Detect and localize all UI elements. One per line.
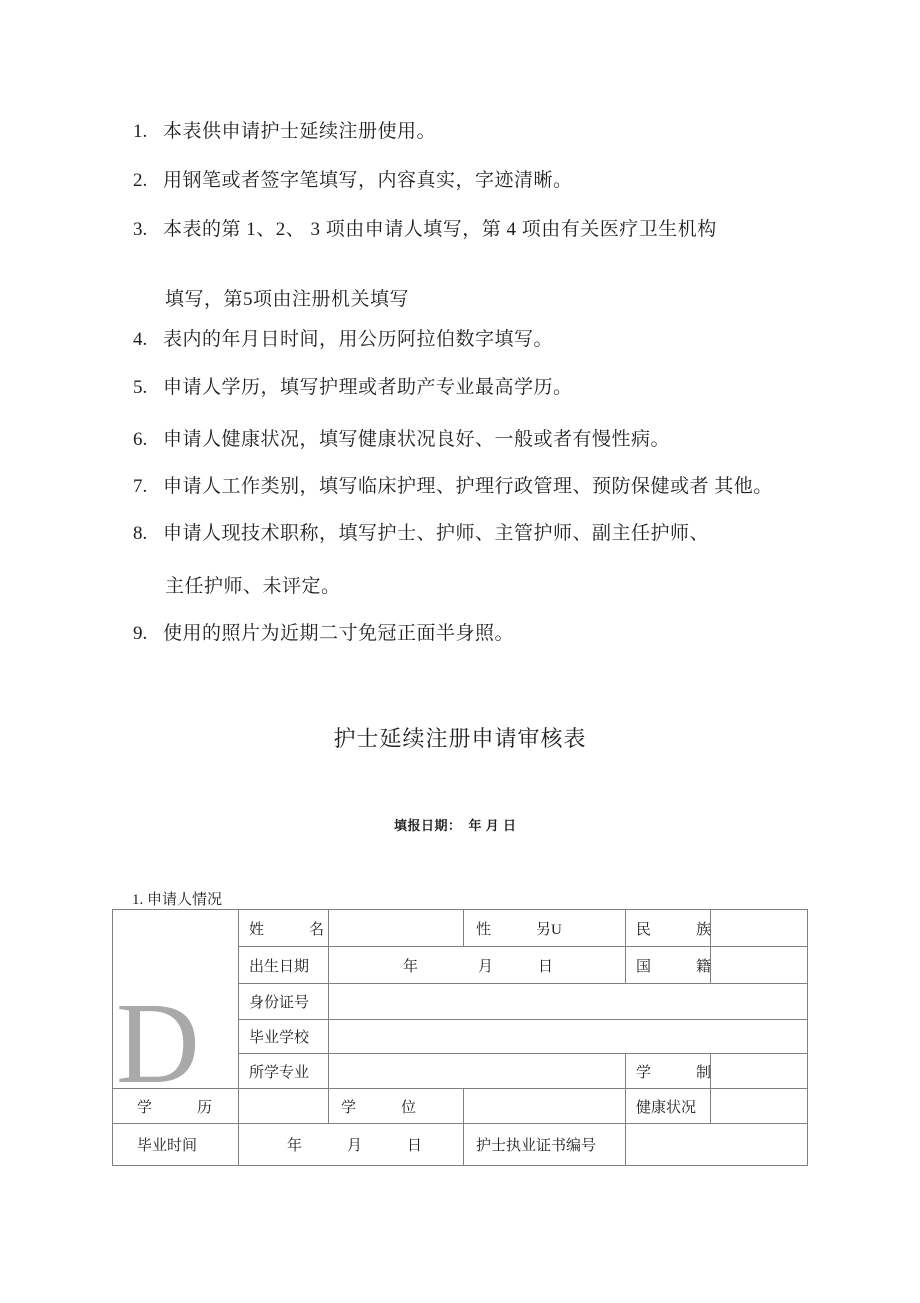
photo-cell: [113, 910, 239, 1089]
id-number-label: 身份证号: [239, 984, 329, 1020]
instruction-text: 表内的年月日时间，用公历阿拉伯数字填写。: [163, 329, 553, 350]
instruction-text: 本表供申请护士延续注册使用。: [163, 121, 436, 142]
health-status-label: 健康状况: [626, 1089, 711, 1124]
instruction-item-6: 6.申请人健康状况，填写健康状况良好、一般或者有慢性病。: [133, 427, 670, 453]
birth-date-label: 出生日期: [239, 947, 329, 984]
school-label: 毕业学校: [239, 1020, 329, 1054]
instruction-item-3-continuation: 填写，第5项由注册机关填写: [165, 287, 409, 313]
section1-heading: 1. 申请人情况: [132, 888, 222, 909]
instruction-number: 3.: [133, 217, 163, 243]
document-page: 1.本表供申请护士延续注册使用。 2.用钢笔或者签字笔填写，内容真实，字迹清晰。…: [0, 0, 920, 1303]
instruction-text: 申请人学历，填写护理或者助产专业最高学历。: [163, 377, 573, 398]
table-row: 学 历 学 位 健康状况: [113, 1089, 808, 1124]
sex-label: 性 另U: [464, 910, 626, 947]
certificate-number-value-cell: [626, 1124, 808, 1166]
table-row: 姓 名 性 另U 民 族: [113, 910, 808, 947]
instruction-item-3: 3.本表的第 1、2、 3 项由申请人填写，第 4 项由有关医疗卫生机构: [133, 217, 717, 243]
instruction-item-7: 7.申请人工作类别，填写临床护理、护理行政管理、预防保健或者 其他。: [133, 474, 773, 500]
birth-ymd-cell: 年 月 日: [329, 947, 626, 984]
instruction-number: 6.: [133, 427, 163, 453]
degree-label: 学 位: [329, 1089, 464, 1124]
instruction-text: 申请人现技术职称，填写护士、护师、主管护师、副主任护师、: [163, 523, 709, 544]
instruction-text: 主任护师、未评定。: [165, 576, 341, 597]
instruction-item-2: 2.用钢笔或者签字笔填写，内容真实，字迹清晰。: [133, 168, 573, 194]
instruction-text: 填写，第5项由注册机关填写: [165, 289, 409, 310]
instruction-item-1: 1.本表供申请护士延续注册使用。: [133, 119, 436, 145]
education-value-cell: [239, 1089, 329, 1124]
instruction-text: 申请人健康状况，填写健康状况良好、一般或者有慢性病。: [163, 429, 670, 450]
nationality-value-cell: [711, 947, 808, 984]
schooling-length-value-cell: [711, 1054, 808, 1089]
certificate-number-label: 护士执业证书编号: [464, 1124, 626, 1166]
instruction-number: 2.: [133, 168, 163, 194]
form-title: 护士延续注册申请审核表: [0, 722, 920, 753]
school-value-cell: [329, 1020, 808, 1054]
table-row: 毕业时间 年 月 日 护士执业证书编号: [113, 1124, 808, 1166]
instruction-text: 用钢笔或者签字笔填写，内容真实，字迹清晰。: [163, 170, 573, 191]
id-number-value-cell: [329, 984, 808, 1020]
instruction-number: 8.: [133, 521, 163, 547]
education-label: 学 历: [113, 1089, 239, 1124]
instruction-item-9: 9.使用的照片为近期二寸免冠正面半身照。: [133, 621, 514, 647]
instruction-item-4: 4.表内的年月日时间，用公历阿拉伯数字填写。: [133, 327, 553, 353]
instruction-text: 使用的照片为近期二寸免冠正面半身照。: [163, 623, 514, 644]
instruction-number: 9.: [133, 621, 163, 647]
applicant-table: 姓 名 性 另U 民 族 出生日期 年 月 日 国 籍 身份证号 毕业学校 所学…: [112, 909, 808, 1166]
instruction-item-8: 8.申请人现技术职称，填写护士、护师、主管护师、副主任护师、: [133, 521, 709, 547]
instruction-item-8-continuation: 主任护师、未评定。: [165, 574, 341, 600]
graduation-time-label: 毕业时间: [113, 1124, 239, 1166]
name-value-cell: [329, 910, 464, 947]
instruction-item-5: 5.申请人学历，填写护理或者助产专业最高学历。: [133, 375, 573, 401]
instruction-number: 5.: [133, 375, 163, 401]
major-label: 所学专业: [239, 1054, 329, 1089]
name-label: 姓 名: [239, 910, 329, 947]
graduation-ymd-cell: 年 月 日: [239, 1124, 464, 1166]
instruction-number: 7.: [133, 474, 163, 500]
major-value-cell: [329, 1054, 626, 1089]
instruction-text: 申请人工作类别，填写临床护理、护理行政管理、预防保健或者 其他。: [163, 476, 773, 497]
nationality-label: 国 籍: [626, 947, 711, 984]
fill-date-line: 填报日期： 年 月 日: [394, 815, 517, 834]
health-status-value-cell: [711, 1089, 808, 1124]
schooling-length-label: 学 制: [626, 1054, 711, 1089]
ethnicity-label: 民 族: [626, 910, 711, 947]
instruction-number: 1.: [133, 119, 163, 145]
degree-value-cell: [464, 1089, 626, 1124]
instruction-text: 本表的第 1、2、 3 项由申请人填写，第 4 项由有关医疗卫生机构: [163, 219, 717, 240]
instruction-number: 4.: [133, 327, 163, 353]
ethnicity-value-cell: [711, 910, 808, 947]
